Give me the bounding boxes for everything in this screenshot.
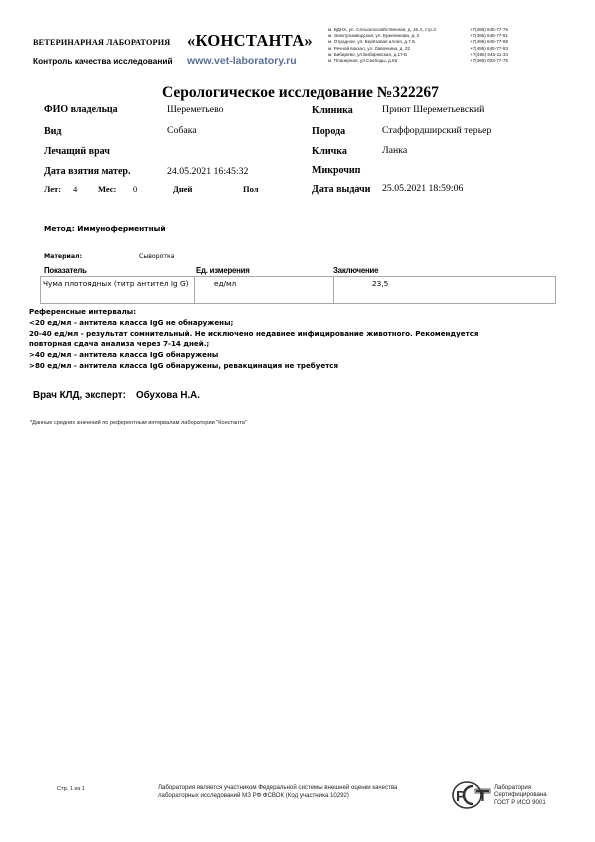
pet-name-label: Кличка [312,146,347,157]
indicator-cell: Чума плотоядных (титр антител Ig G) [41,277,195,303]
website-link[interactable]: www.vet-laboratory.ru [187,55,297,67]
breed-value: Стаффордширский терьер [382,125,491,136]
pet-name-value: Ланка [382,145,407,156]
days-label: Дней [173,184,192,194]
footer-text-line: Лаборатория является участником Федераль… [158,784,397,792]
clinic-label: Клиника [312,105,353,116]
reference-line: 20-40 ед/мл - результат сомнительный. Не… [29,329,478,340]
signature-label: Врач КЛД, эксперт: [33,390,126,401]
table-row: Чума плотоядных (титр антител Ig G) ед/м… [40,277,556,304]
reference-title: Референсные интервалы: [29,307,478,318]
issue-date-value: 25.05.2021 18:59:06 [382,183,463,194]
sex-label: Пол [243,184,259,194]
years-label: Лет: [44,184,61,194]
months-label: Мес: [98,184,116,194]
species-value: Собака [167,125,197,136]
sample-date-value: 24.05.2021 16:45:32 [167,166,248,177]
footer-text-line: лабораторных исследований МЗ РФ ФСВОК (К… [158,792,397,800]
attending-doctor-label: Лечащий врач [44,146,110,157]
unit-cell: ед/мл [195,277,334,303]
rst-certification-icon: Р [449,779,493,811]
branch-address: м. Планерная, ул.Свободы, д.65 [328,58,456,64]
signature-name: Обухова Н.А. [136,390,200,401]
cert-line: Сертифицирована [494,791,547,798]
reference-line: <20 ед/мл - антитела класса IgG не обнар… [29,318,478,329]
branch-phone: +7(495) 003-77-75 [456,58,508,64]
clinic-value: Приют Шереметьевский [382,104,484,115]
document-title: Серологическое исследование №322267 [162,84,439,102]
branch-item: м. Планерная, ул.Свободы, д.65+7(495) 00… [328,58,508,64]
page-number: Стр. 1 из 1 [57,786,85,792]
material-value: Сыворотка [139,253,175,260]
cert-line: ГОСТ Р ИСО 9001 [494,799,547,806]
conclusion-cell: 23,5 [334,277,555,303]
reference-line: >80 ед/мл - антитела класса IgG обнаруже… [29,361,478,372]
sample-date-label: Дата взятия матер. [44,166,130,177]
footnote: *Данные средних значений по референтным … [30,420,247,426]
material-label: Материал: [44,253,82,260]
column-header-conclusion: Заключение [333,266,378,275]
breed-label: Порода [312,126,345,137]
method: Метод: Иммуноферментный [44,224,166,233]
owner-label: ФИО владельца [44,104,118,115]
certification-text: Лаборатория Сертифицирована ГОСТ Р ИСО 9… [494,784,547,806]
column-header-unit: Ед. измерения [196,266,250,275]
column-header-indicator: Показатель [44,266,87,275]
footer-text: Лаборатория является участником Федераль… [158,784,397,800]
brand-name: «КОНСТАНТА» [187,31,313,51]
species-label: Вид [44,126,62,137]
years-value: 4 [73,184,77,194]
months-value: 0 [133,184,137,194]
reference-line: >40 ед/мл - антитела класса IgG обнаруже… [29,350,478,361]
owner-value: Шереметьево [167,104,224,115]
reference-intervals: Референсные интервалы: <20 ед/мл - антит… [29,307,478,372]
issue-date-label: Дата выдачи [312,184,370,195]
reference-line: повторная сдача анализа через 7-14 дней.… [29,339,478,350]
microchip-label: Микрочип [312,165,360,176]
lab-name: ВЕТЕРИНАРНАЯ ЛАБОРАТОРИЯ [33,38,170,47]
branch-list: м. ВДНХ, ул. Сельскохозяйственная, д. 16… [328,27,508,64]
tagline: Контроль качества исследований [33,56,173,66]
cert-line: Лаборатория [494,784,547,791]
